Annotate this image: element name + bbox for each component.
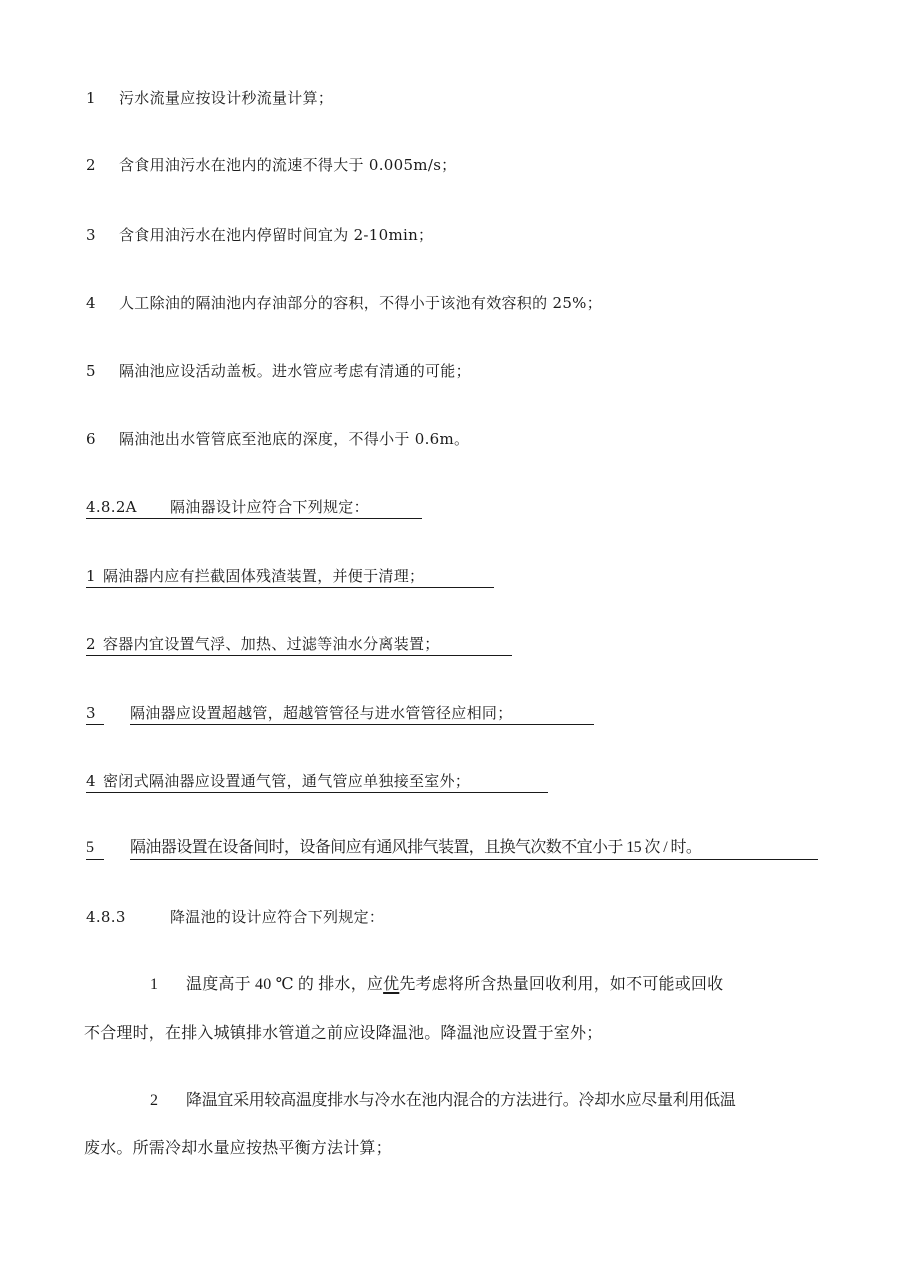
item-text: 隔油器内应有拦截固体残渣装置，并便于清理；: [103, 567, 424, 585]
item-text: 废水。所需冷却水量应按热平衡方法计算；: [84, 1140, 392, 1157]
section-heading-4-8-3: 4.8.3降温池的设计应符合下列规定：: [86, 907, 384, 927]
item-number: 2: [150, 1091, 186, 1111]
underlined-char: 优: [383, 976, 399, 993]
list-item: 4人工除油的隔油池内存油部分的容积，不得小于该池有效容积的 25%；: [86, 293, 602, 313]
item-text: 人工除油的隔油池内存油部分的容积，不得小于该池有效容积的 25%；: [119, 294, 602, 312]
list-item: 5隔油池应设活动盖板。进水管应考虑有清通的可能；: [86, 361, 471, 381]
section-heading-4-8-2a: 4.8.2A隔油器设计应符合下列规定：: [86, 497, 422, 519]
section-title: 降温池的设计应符合下列规定：: [170, 908, 384, 926]
item-number: 2: [86, 155, 119, 175]
item-text: 隔油器应设置超越管，超越管管径与进水管管径应相同；: [130, 703, 594, 725]
list-item: 2含食用油污水在池内的流速不得大于 0.005m/s；: [86, 155, 457, 175]
item-number: 1: [150, 975, 186, 995]
list-item: 1隔油器内应有拦截固体残渣装置，并便于清理；: [86, 566, 494, 588]
paragraph-continuation: 废水。所需冷却水量应按热平衡方法计算；: [84, 1139, 392, 1159]
list-item: 6隔油池出水管管底至池底的深度，不得小于 0.6m。: [86, 429, 469, 449]
item-text: 隔油器设置在设备间时，设备间应有通风排气装置，且换气次数不宜小于 15 次 / …: [130, 838, 818, 860]
item-number: 4: [86, 293, 119, 313]
list-item: 1污水流量应按设计秒流量计算；: [86, 88, 333, 108]
item-number: 1: [86, 88, 119, 108]
item-number: 1: [86, 566, 103, 586]
item-number: 3: [86, 703, 104, 725]
item-text-part: 温度高于 40 ℃ 的 排水，应: [186, 976, 383, 993]
item-number: 6: [86, 429, 119, 449]
paragraph-item-1: 1温度高于 40 ℃ 的 排水，应优先考虑将所含热量回收利用，如不可能或回收: [150, 975, 723, 995]
list-item: 5隔油器设置在设备间时，设备间应有通风排气装置，且换气次数不宜小于 15 次 /…: [86, 838, 818, 860]
item-number: 5: [86, 838, 104, 860]
item-text: 含食用油污水在池内的流速不得大于 0.005m/s；: [119, 156, 457, 174]
paragraph-item-2: 2降温宜采用较高温度排水与冷水在池内混合的方法进行。冷却水应尽量利用低温: [150, 1091, 736, 1111]
item-text: 含食用油污水在池内停留时间宜为 2-10min；: [119, 226, 433, 244]
item-text: 隔油池出水管管底至池底的深度，不得小于 0.6m。: [119, 430, 469, 448]
list-item: 3隔油器应设置超越管，超越管管径与进水管管径应相同；: [86, 703, 594, 725]
item-number: 2: [86, 634, 103, 654]
item-text: 降温宜采用较高温度排水与冷水在池内混合的方法进行。冷却水应尽量利用低温: [186, 1092, 736, 1109]
list-item: 3含食用油污水在池内停留时间宜为 2-10min；: [86, 225, 433, 245]
item-number: 3: [86, 225, 119, 245]
list-item: 4密闭式隔油器应设置通气管，通气管应单独接至室外；: [86, 771, 548, 793]
item-text: 不合理时，在排入城镇排水管道之前应设降温池。降温池应设置于室外；: [84, 1025, 602, 1042]
item-text: 污水流量应按设计秒流量计算；: [119, 89, 333, 107]
item-text: 密闭式隔油器应设置通气管，通气管应单独接至室外；: [103, 772, 470, 790]
paragraph-continuation: 不合理时，在排入城镇排水管道之前应设降温池。降温池应设置于室外；: [84, 1024, 602, 1044]
section-number: 4.8.3: [86, 907, 170, 927]
section-title: 隔油器设计应符合下列规定：: [170, 498, 369, 516]
item-text: 容器内宜设置气浮、加热、过滤等油水分离装置；: [103, 635, 440, 653]
item-number: 5: [86, 361, 119, 381]
item-text-part: 先考虑将所含热量回收利用，如不可能或回收: [399, 976, 723, 993]
item-number: 4: [86, 771, 103, 791]
list-item: 2容器内宜设置气浮、加热、过滤等油水分离装置；: [86, 634, 512, 656]
section-number: 4.8.2A: [86, 497, 170, 517]
item-text: 隔油池应设活动盖板。进水管应考虑有清通的可能；: [119, 362, 471, 380]
